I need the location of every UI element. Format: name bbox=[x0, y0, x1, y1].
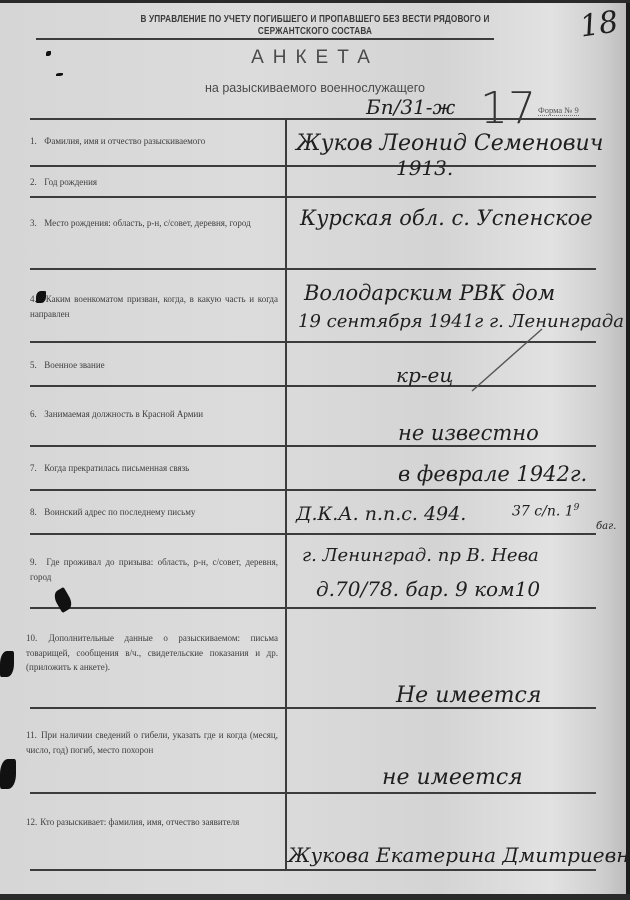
handwritten-corner-number: 18 bbox=[578, 5, 621, 45]
header-rule bbox=[36, 38, 494, 40]
field-value-8: Д.К.А. п.п.с. 494. bbox=[296, 503, 466, 525]
field-label-2: 2. Год рождения bbox=[30, 175, 278, 190]
field-label-11: 11. При наличии сведений о гибели, указа… bbox=[26, 728, 278, 757]
row-rule bbox=[30, 268, 596, 270]
form-number: Форма № 9 bbox=[538, 105, 579, 116]
field-value-9-line1: г. Ленинград. пр В. Нева bbox=[302, 545, 539, 566]
field-label-8: 8. Воинский адрес по последнему письму bbox=[30, 505, 278, 520]
field-value-6: не известно bbox=[398, 421, 539, 445]
row-rule bbox=[30, 489, 596, 491]
questionnaire-sheet: В УПРАВЛЕНИЕ ПО УЧЕТУ ПОГИБШЕГО И ПРОПАВ… bbox=[0, 3, 630, 894]
field-value-9-line2: д.70/78. бар. 9 ком10 bbox=[316, 577, 540, 601]
punch-mark bbox=[56, 73, 63, 76]
punch-mark bbox=[46, 51, 51, 56]
row-rule bbox=[30, 196, 596, 198]
edge-tear bbox=[0, 651, 14, 677]
checkmark-stroke bbox=[470, 325, 550, 395]
handwritten-reference: Бп/31-ж bbox=[366, 95, 455, 119]
field-value-10: Не имеется bbox=[396, 683, 541, 708]
form-title: АНКЕТА bbox=[0, 47, 630, 69]
field-value-4-line1: Володарским РВК дом bbox=[304, 281, 555, 305]
field-value-8-sub: баг. bbox=[596, 521, 616, 532]
field-value-2: 1913. bbox=[396, 156, 453, 180]
field-value-11: не имеется bbox=[382, 765, 523, 790]
field-label-9: 9. Где проживал до призыва: область, р-н… bbox=[30, 555, 278, 584]
table-top-rule bbox=[30, 118, 596, 120]
table-bottom-rule bbox=[30, 869, 596, 871]
field-value-4-line2: 19 сентября 1941г г. Ленинграда bbox=[298, 311, 624, 332]
field-value-3: Курская обл. с. Успенское bbox=[300, 206, 593, 230]
field-label-3: 3. Место рождения: область, р-н, с/совет… bbox=[30, 216, 278, 231]
field-value-5: кр-ец bbox=[396, 363, 453, 387]
damage-mark bbox=[51, 587, 74, 613]
field-value-8-extra: 37 с/п. 19 bbox=[512, 503, 579, 520]
row-rule bbox=[30, 792, 596, 794]
column-divider bbox=[285, 118, 287, 870]
field-label-6: 6. Занимаемая должность в Красной Армии bbox=[30, 407, 278, 422]
field-label-12: 12. Кто разыскивает: фамилия, имя, отчес… bbox=[26, 815, 278, 830]
field-label-1: 1. Фамилия, имя и отчество разыскиваемог… bbox=[30, 134, 278, 149]
handwritten-page-number: 17 bbox=[480, 83, 536, 134]
field-label-5: 5. Военное звание bbox=[30, 358, 278, 373]
row-rule bbox=[30, 445, 596, 447]
field-label-4: 4. Каким военкоматом призван, когда, в к… bbox=[30, 292, 278, 321]
department-header: В УПРАВЛЕНИЕ ПО УЧЕТУ ПОГИБШЕГО И ПРОПАВ… bbox=[108, 13, 521, 37]
field-value-1: Жуков Леонид Семенович bbox=[296, 131, 603, 156]
field-label-10: 10. Дополнительные данные о разыскиваемо… bbox=[26, 631, 278, 675]
damage-mark bbox=[36, 291, 46, 303]
edge-tear bbox=[0, 759, 16, 789]
row-rule bbox=[30, 165, 596, 167]
field-value-7: в феврале 1942г. bbox=[398, 462, 587, 486]
field-label-7: 7. Когда прекратилась письменная связь bbox=[30, 461, 278, 476]
row-rule bbox=[30, 607, 596, 609]
field-value-12: Жукова Екатерина Дмитриевна bbox=[288, 843, 630, 867]
row-rule bbox=[30, 533, 596, 535]
